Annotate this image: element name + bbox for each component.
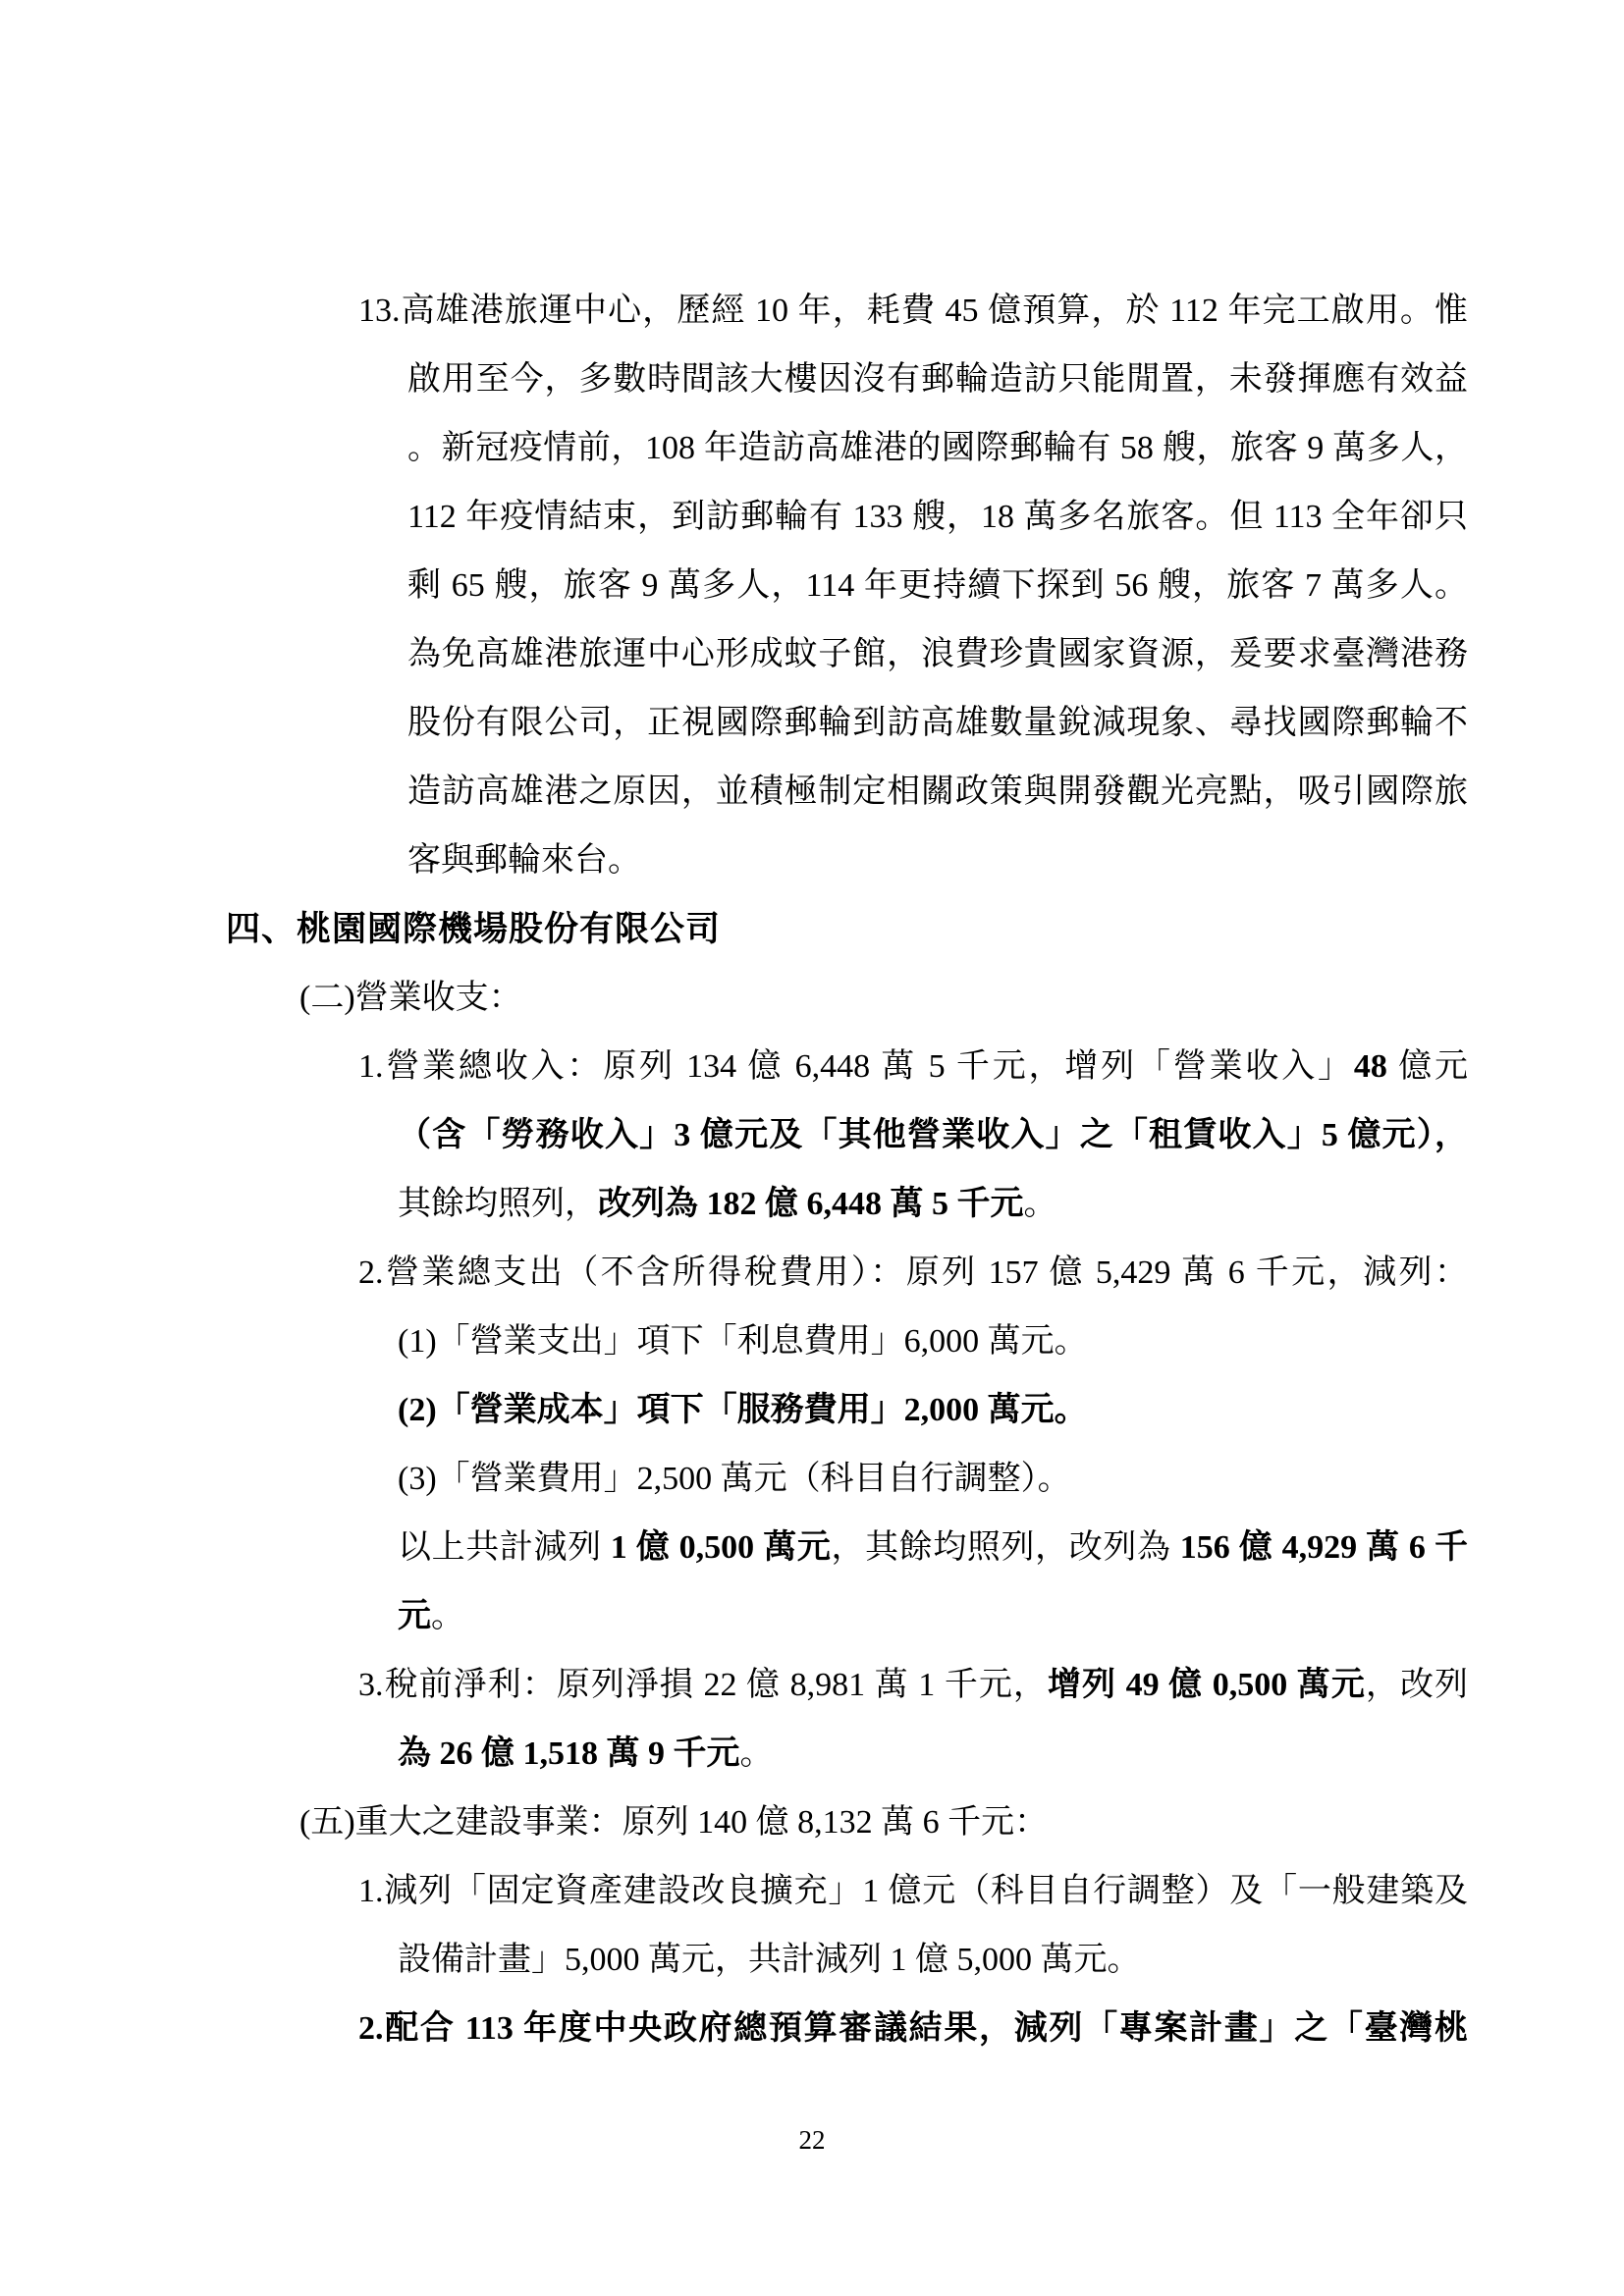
text-run: 剩 65 艘，旅客 9 萬多人，114 年更持續下探到 56 艘，旅客 7 萬多… (407, 567, 1468, 604)
doc-line: 元。 (0, 1582, 1468, 1651)
text-run: (1)「營業支出」項下「利息費用」6,000 萬元。 (398, 1323, 1088, 1360)
text-run: 設備計畫」5,000 萬元，共計減列 1 億 5,000 萬元。 (398, 1942, 1141, 1978)
text-run: (3)「營業費用」2,500 萬元（科目自行調整）。 (398, 1461, 1071, 1497)
text-run: 48 (1354, 1048, 1387, 1085)
text-run: （含「勞務收入」3 億元及「其他營業收入」之「租賃收入」5 億元）， (398, 1117, 1468, 1153)
text-run: 改列為 182 億 6,448 萬 5 千元 (598, 1186, 1024, 1222)
text-run: 。 (431, 1598, 464, 1634)
doc-line: 造訪高雄港之原因，並積極制定相關政策與開發觀光亮點，吸引國際旅 (0, 758, 1468, 827)
text-run: 增列 49 億 0,500 萬元 (1048, 1667, 1366, 1703)
text-run: 以上共計減列 (398, 1529, 611, 1566)
text-run: 。 (1024, 1186, 1057, 1222)
doc-line: 112 年疫情結束，到訪郵輪有 133 艘，18 萬多名旅客。但 113 全年卻… (0, 483, 1468, 552)
doc-line: 。新冠疫情前，108 年造訪高雄港的國際郵輪有 58 艘，旅客 9 萬多人， (0, 414, 1468, 483)
text-run: 元 (398, 1598, 431, 1634)
section-heading: 四、桃園國際機場股份有限公司 (0, 895, 1468, 964)
doc-line: 啟用至今，多數時間該大樓因沒有郵輪造訪只能閒置，未發揮應有效益 (0, 346, 1468, 414)
text-run: ，其餘均照列，改列為 (831, 1529, 1179, 1566)
document-content: 13.高雄港旅運中心，歷經 10 年，耗費 45 億預算，於 112 年完工啟用… (0, 277, 1468, 2063)
text-run: 股份有限公司，正視國際郵輪到訪高雄數量銳減現象、尋找國際郵輪不 (407, 705, 1468, 741)
text-run: 156 億 4,929 萬 6 千 (1180, 1529, 1468, 1566)
doc-line: 為免高雄港旅運中心形成蚊子館，浪費珍貴國家資源，爰要求臺灣港務 (0, 620, 1468, 689)
doc-line: 2.配合 113 年度中央政府總預算審議結果，減列「專案計畫」之「臺灣桃 (0, 1995, 1468, 2063)
text-run: 造訪高雄港之原因，並積極制定相關政策與開發觀光亮點，吸引國際旅 (407, 774, 1468, 810)
text-run: 啟用至今，多數時間該大樓因沒有郵輪造訪只能閒置，未發揮應有效益 (407, 361, 1468, 398)
doc-line: 剩 65 艘，旅客 9 萬多人，114 年更持續下探到 56 艘，旅客 7 萬多… (0, 552, 1468, 620)
text-run: 1.減列「固定資產建設改良擴充」1 億元（科目自行調整）及「一般建築及 (358, 1873, 1468, 1909)
doc-line: 1.減列「固定資產建設改良擴充」1 億元（科目自行調整）及「一般建築及 (0, 1857, 1468, 1926)
text-run: 其餘均照列， (398, 1186, 598, 1222)
text-run: 2.配合 113 年度中央政府總預算審議結果，減列「專案計畫」之「臺灣桃 (358, 2010, 1468, 2047)
doc-line: (1)「營業支出」項下「利息費用」6,000 萬元。 (0, 1308, 1468, 1376)
doc-line: 股份有限公司，正視國際郵輪到訪高雄數量銳減現象、尋找國際郵輪不 (0, 689, 1468, 758)
text-run: 1.營業總收入：原列 134 億 6,448 萬 5 千元，增列「營業收入」 (358, 1048, 1354, 1085)
text-run: (五)重大之建設事業：原列 140 億 8,132 萬 6 千元： (299, 1804, 1048, 1841)
text-run: 為免高雄港旅運中心形成蚊子館，浪費珍貴國家資源，爰要求臺灣港務 (407, 636, 1468, 672)
text-run: 億元 (1387, 1048, 1468, 1085)
doc-line: 設備計畫」5,000 萬元，共計減列 1 億 5,000 萬元。 (0, 1926, 1468, 1995)
text-run: 。 (740, 1735, 774, 1772)
doc-line: (五)重大之建設事業：原列 140 億 8,132 萬 6 千元： (0, 1789, 1468, 1857)
text-run: 。新冠疫情前，108 年造訪高雄港的國際郵輪有 58 艘，旅客 9 萬多人， (407, 430, 1468, 466)
text-run: 3.稅前淨利：原列淨損 22 億 8,981 萬 1 千元， (358, 1667, 1048, 1703)
doc-line: 其餘均照列，改列為 182 億 6,448 萬 5 千元。 (0, 1170, 1468, 1239)
doc-line: 客與郵輪來台。 (0, 827, 1468, 895)
page-number: 22 (0, 2118, 1624, 2162)
text-run: 2.營業總支出（不含所得稅費用）：原列 157 億 5,429 萬 6 千元，減… (358, 1255, 1468, 1291)
doc-line: 2.營業總支出（不含所得稅費用）：原列 157 億 5,429 萬 6 千元，減… (0, 1239, 1468, 1308)
text-run: ，改列 (1366, 1667, 1468, 1703)
text-run: 112 年疫情結束，到訪郵輪有 133 艘，18 萬多名旅客。但 113 全年卻… (407, 499, 1468, 535)
doc-line: 13.高雄港旅運中心，歷經 10 年，耗費 45 億預算，於 112 年完工啟用… (0, 277, 1468, 346)
text-run: (2)「營業成本」項下「服務費用」2,000 萬元。 (398, 1392, 1088, 1428)
text-run: 1 億 0,500 萬元 (611, 1529, 832, 1566)
doc-line: 為 26 億 1,518 萬 9 千元。 (0, 1720, 1468, 1789)
doc-line: 1.營業總收入：原列 134 億 6,448 萬 5 千元，增列「營業收入」48… (0, 1033, 1468, 1101)
text-run: 為 26 億 1,518 萬 9 千元 (398, 1735, 740, 1772)
text-run: (二)營業收支： (299, 980, 522, 1016)
text-run: 四、桃園國際機場股份有限公司 (226, 910, 721, 948)
doc-line: (2)「營業成本」項下「服務費用」2,000 萬元。 (0, 1376, 1468, 1445)
text-run: 13.高雄港旅運中心，歷經 10 年，耗費 45 億預算，於 112 年完工啟用… (358, 293, 1468, 329)
doc-line: (3)「營業費用」2,500 萬元（科目自行調整）。 (0, 1445, 1468, 1514)
doc-line: （含「勞務收入」3 億元及「其他營業收入」之「租賃收入」5 億元）， (0, 1101, 1468, 1170)
text-run: 客與郵輪來台。 (407, 842, 641, 879)
doc-line: 以上共計減列 1 億 0,500 萬元，其餘均照列，改列為 156 億 4,92… (0, 1514, 1468, 1582)
doc-line: (二)營業收支： (0, 964, 1468, 1033)
document-page: 13.高雄港旅運中心，歷經 10 年，耗費 45 億預算，於 112 年完工啟用… (0, 0, 1624, 2296)
doc-line: 3.稅前淨利：原列淨損 22 億 8,981 萬 1 千元，增列 49 億 0,… (0, 1651, 1468, 1720)
